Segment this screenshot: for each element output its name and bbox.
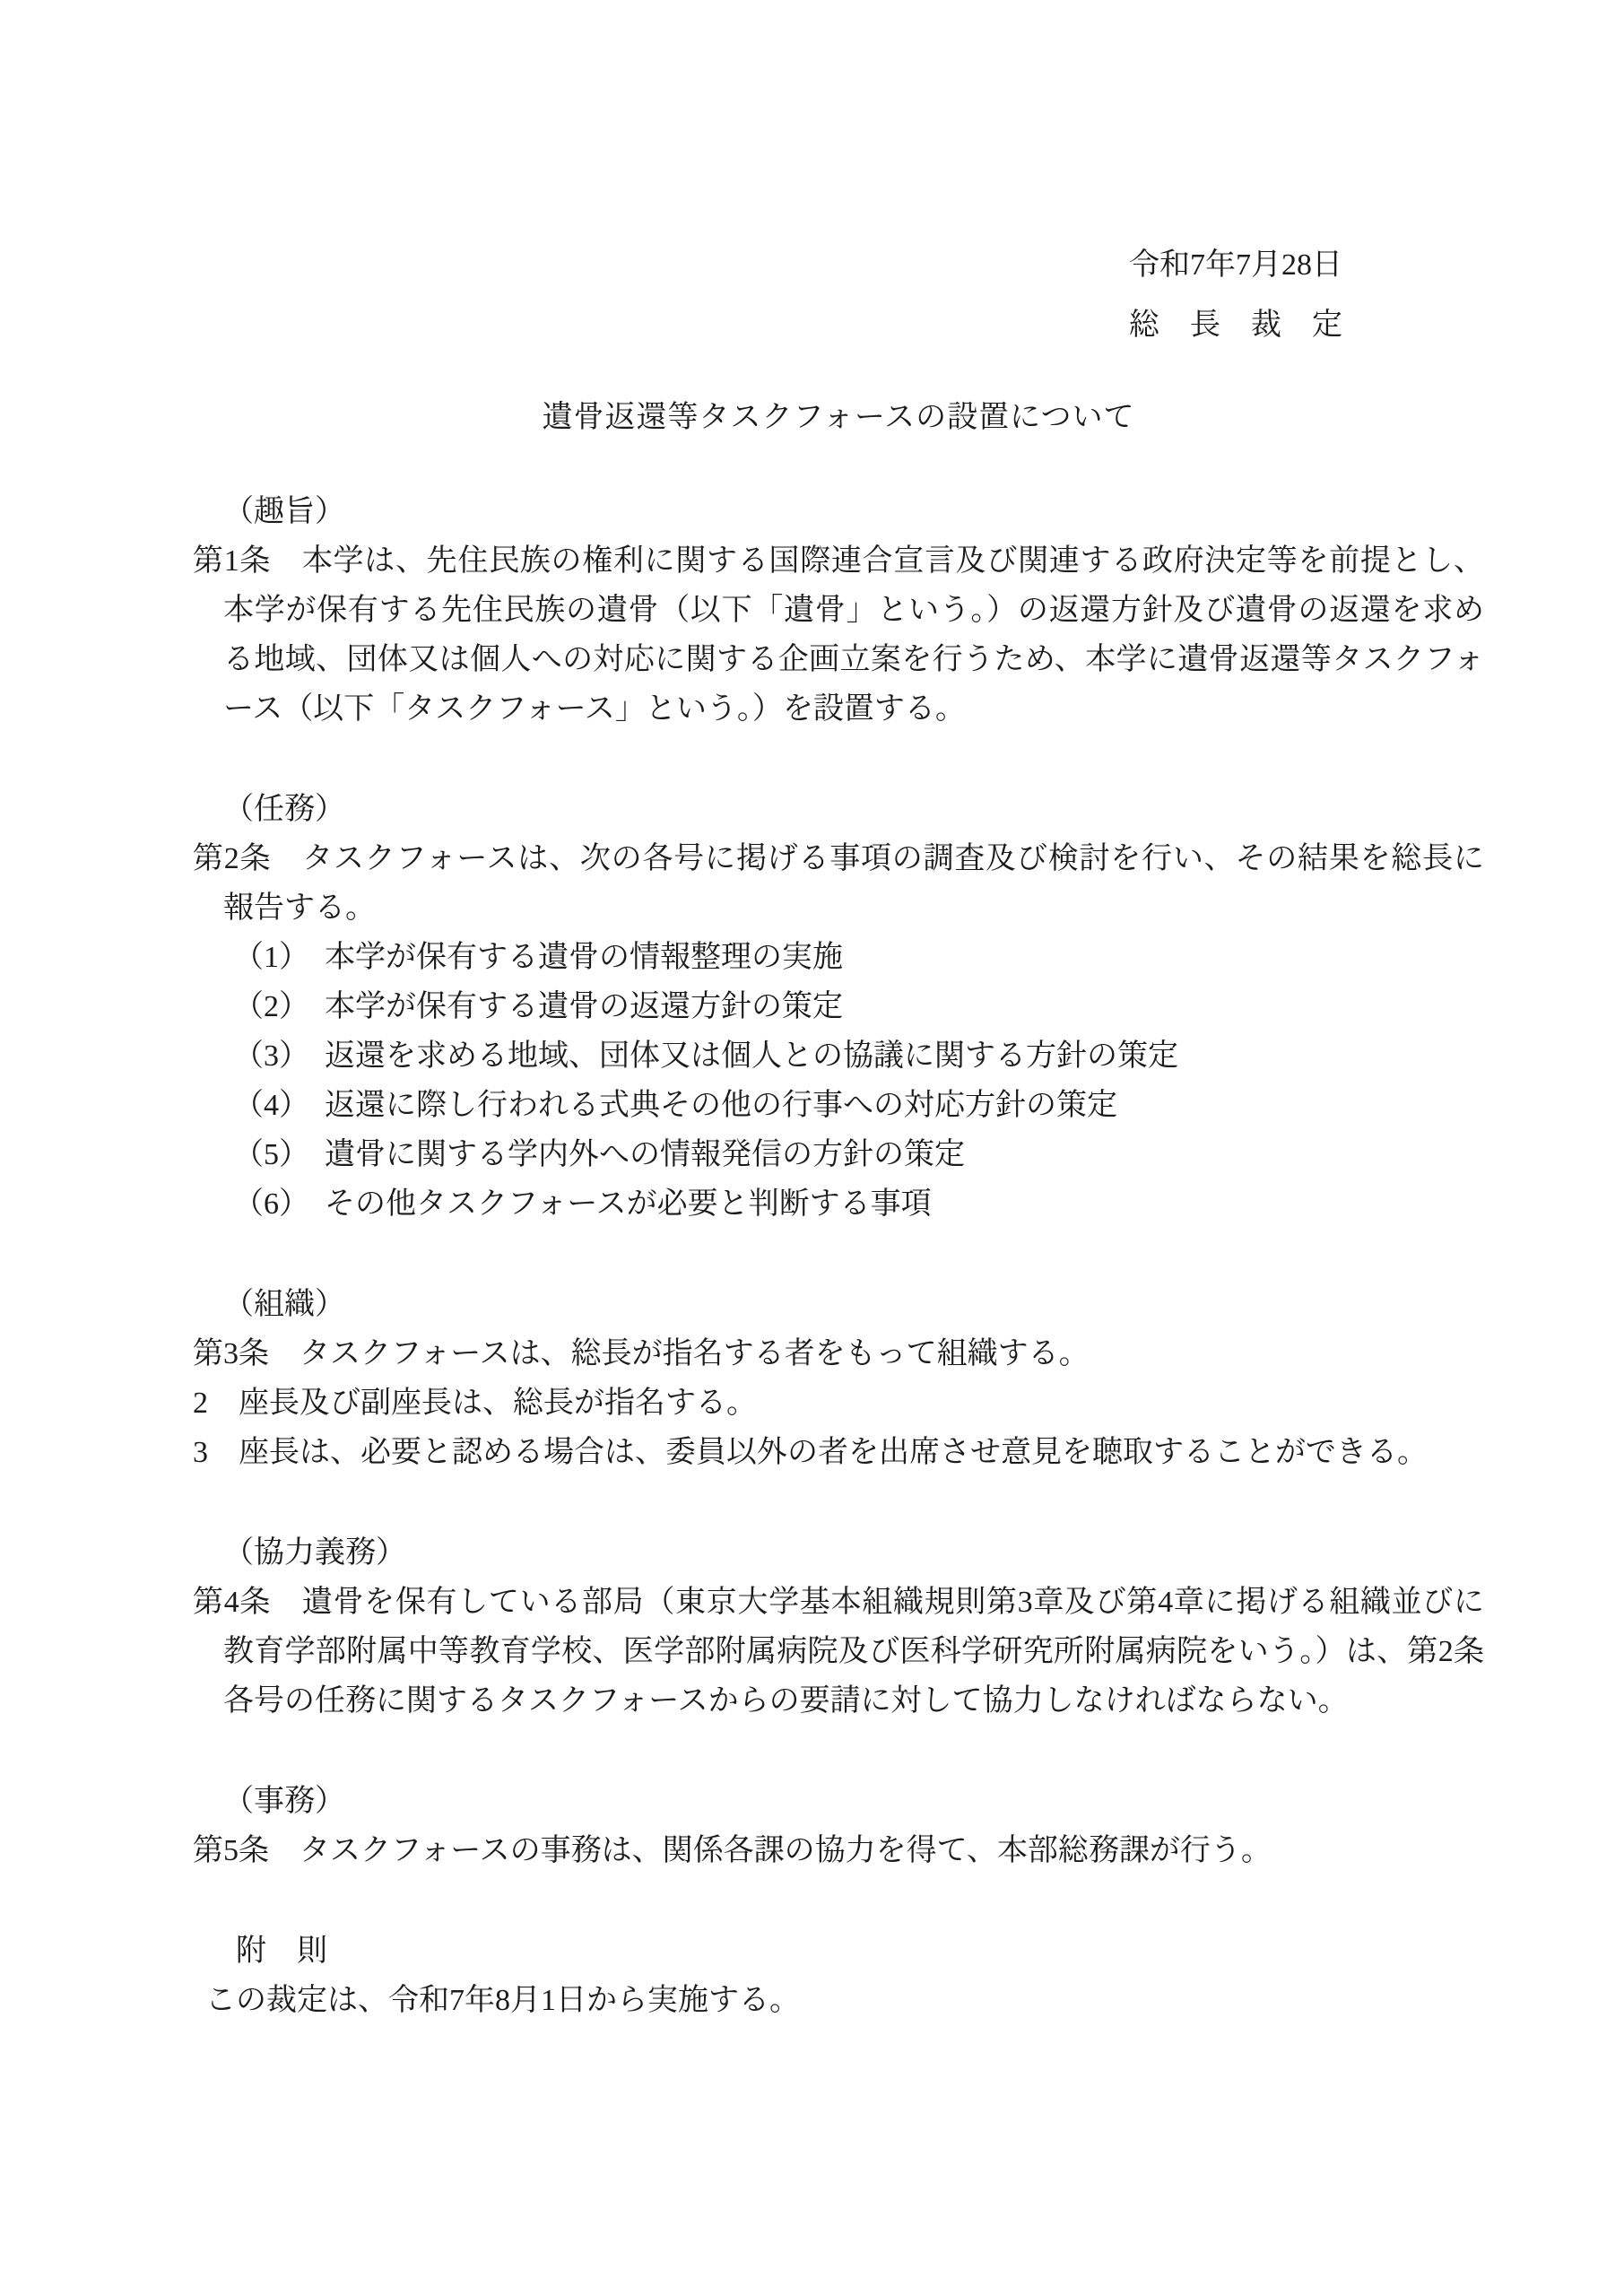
document-header: 令和7年7月28日 総 長 裁 定 xyxy=(193,240,1484,350)
section-cooperation: （協力義務） 第4条 遺骨を保有している部局（東京大学基本組織規則第3章及び第4… xyxy=(193,1528,1484,1726)
section-organization: （組織） 第3条 タスクフォースは、総長が指名する者をもって組織する。 2 座長… xyxy=(193,1280,1484,1477)
article-5: 第5条 タスクフォースの事務は、関係各課の協力を得て、本部総務課が行う。 xyxy=(193,1826,1484,1875)
section-administration-label: （事務） xyxy=(193,1777,1484,1826)
article-1: 第1条 本学は、先住民族の権利に関する国際連合宣言及び関連する政府決定等を前提と… xyxy=(193,536,1484,734)
section-organization-label: （組織） xyxy=(193,1280,1484,1329)
section-purpose: （趣旨） 第1条 本学は、先住民族の権利に関する国際連合宣言及び関連する政府決定… xyxy=(193,487,1484,734)
article-3: 第3条 タスクフォースは、総長が指名する者をもって組織する。 xyxy=(193,1329,1484,1378)
document-title: 遺骨返還等タスクフォースの設置について xyxy=(193,393,1484,442)
section-duties-label: （任務） xyxy=(193,785,1484,834)
duty-item-1: （1） 本学が保有する遺骨の情報整理の実施 xyxy=(193,933,1484,982)
section-duties: （任務） 第2条 タスクフォースは、次の各号に掲げる事項の調査及び検討を行い、そ… xyxy=(193,785,1484,1229)
article-3-paragraph-2: 2 座長及び副座長は、総長が指名する。 xyxy=(193,1378,1484,1428)
article-3-paragraph-3: 3 座長は、必要と認める場合は、委員以外の者を出席させ意見を聴取することができる… xyxy=(193,1428,1484,1477)
authority-line: 総 長 裁 定 xyxy=(193,300,1342,350)
section-purpose-label: （趣旨） xyxy=(193,487,1484,536)
date-line: 令和7年7月28日 xyxy=(193,240,1342,290)
article-4: 第4条 遺骨を保有している部局（東京大学基本組織規則第3章及び第4章に掲げる組織… xyxy=(193,1578,1484,1726)
duty-item-4: （4） 返還に際し行われる式典その他の行事への対応方針の策定 xyxy=(193,1081,1484,1130)
supplementary-label: 附 則 xyxy=(193,1926,1484,1976)
article-2: 第2条 タスクフォースは、次の各号に掲げる事項の調査及び検討を行い、その結果を総… xyxy=(193,834,1484,933)
duty-item-5: （5） 遺骨に関する学内外への情報発信の方針の策定 xyxy=(193,1130,1484,1179)
duty-item-6: （6） その他タスクフォースが必要と判断する事項 xyxy=(193,1179,1484,1229)
duty-item-2: （2） 本学が保有する遺骨の返還方針の策定 xyxy=(193,982,1484,1031)
section-cooperation-label: （協力義務） xyxy=(193,1528,1484,1578)
duty-item-3: （3） 返還を求める地域、団体又は個人との協議に関する方針の策定 xyxy=(193,1031,1484,1081)
supplementary-text: この裁定は、令和7年8月1日から実施する。 xyxy=(193,1976,1484,2025)
section-supplementary: 附 則 この裁定は、令和7年8月1日から実施する。 xyxy=(193,1926,1484,2025)
section-administration: （事務） 第5条 タスクフォースの事務は、関係各課の協力を得て、本部総務課が行う… xyxy=(193,1777,1484,1875)
document-page: 令和7年7月28日 総 長 裁 定 遺骨返還等タスクフォースの設置について （趣… xyxy=(0,0,1624,2296)
